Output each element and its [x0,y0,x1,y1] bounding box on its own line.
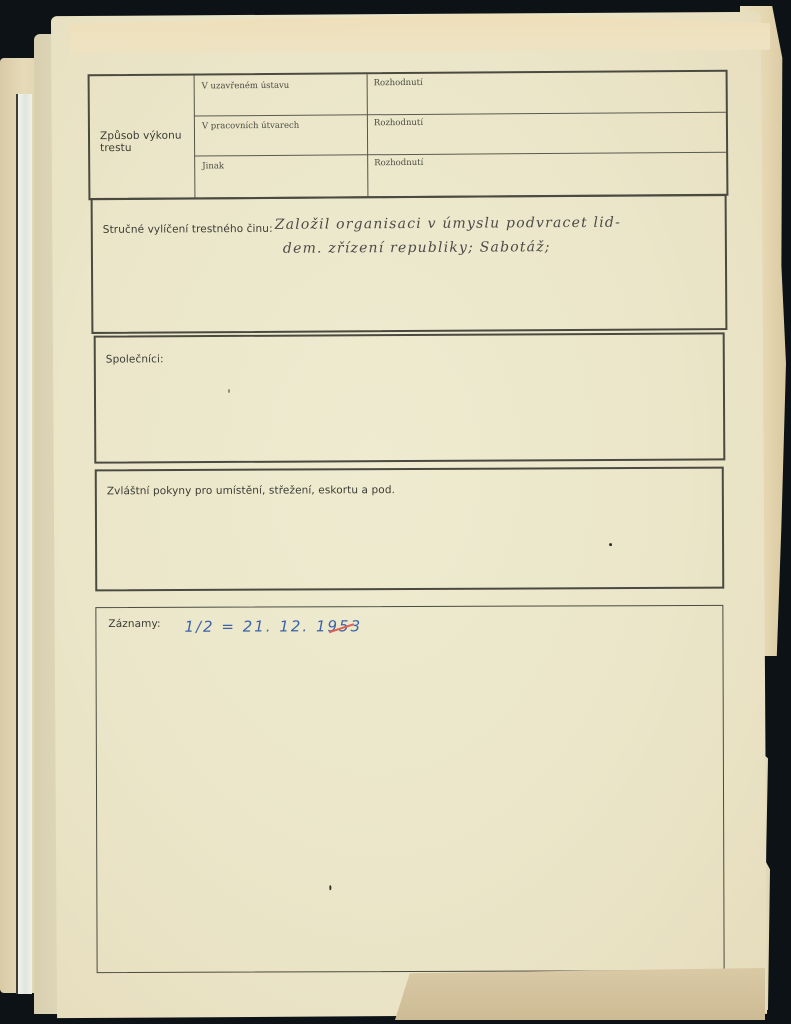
accomplices-label: Společníci: [106,353,164,365]
offense-description-label: Stručné vylíčení trestného činu: [103,223,273,236]
paper-blemish [329,885,331,890]
row-label-work-units: V pracovních útvarech [202,121,299,132]
paper-strip [16,94,32,994]
records-box: Záznamy: 1/2 = 21. 12. 1953 [95,605,724,973]
execution-method-table: Způsob výkonu trestu V uzavřeném ústavu … [88,70,729,200]
decision-label: Rozhodnutí [374,78,423,88]
row-label-otherwise: Jinak [202,161,224,171]
paper-blemish [228,389,230,393]
table-divider [194,75,196,197]
row-divider [194,152,726,157]
row-divider [194,112,726,117]
execution-method-title: Způsob výkonu trestu [100,129,195,154]
special-instructions-box: Zvláštní pokyny pro umístění, střežení, … [95,467,725,592]
special-instructions-label: Zvláštní pokyny pro umístění, střežení, … [107,484,395,497]
records-entry-date: 1/2 = 21. 12. 1953 [184,617,362,636]
offense-handwriting-line-1: Založil organisaci v úmyslu podvracet li… [275,215,621,233]
accomplices-box: Společníci: [94,332,726,463]
decision-label: Rozhodnutí [374,158,423,168]
row-label-closed-facility: V uzavřeném ústavu [202,81,290,92]
offense-handwriting-line-2: dem. zřízení republiky; Sabotáž; [283,239,551,257]
table-divider [367,74,369,196]
offense-description-box: Stručné vylíčení trestného činu: Založil… [91,194,728,334]
records-label: Záznamy: [108,618,160,630]
paper-blemish [609,543,612,546]
torn-bottom-flap [395,968,765,1020]
decision-label: Rozhodnutí [374,118,423,128]
